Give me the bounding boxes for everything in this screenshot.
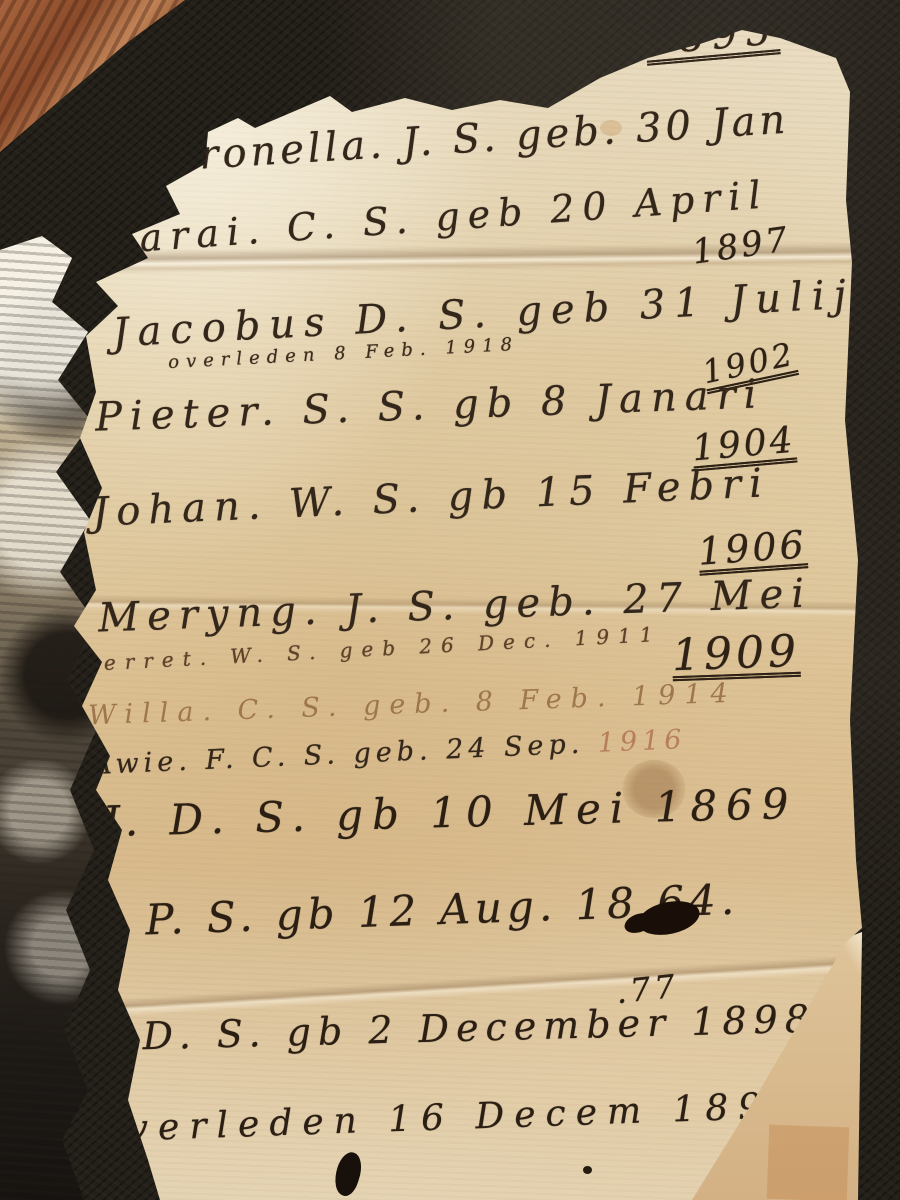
tape-patch [767,1125,850,1200]
year-heading: 1895 [643,8,780,63]
year-heading-text: 1895 [643,7,780,64]
wood-table-corner [0,0,210,165]
ink-speck [583,1166,592,1174]
entry-text: Awie. F. C. S. geb. 24 Sep. [92,729,585,781]
entry-year-faded: 1916 [597,724,687,759]
entry-year: 1909 [671,626,801,681]
register-entry: J. D. S. gb 10 Mei 1869 [102,781,799,845]
ink-blotch [330,1149,366,1198]
register-entry: Johan. W. S. gb 15 Febri [91,461,770,535]
photo-of-register-page: 1895 Petronella. J. S. geb. 30 Jan Marai… [0,0,900,1200]
entry-year-text: 1906 [697,522,809,573]
register-entry: Overleden 16 Decem 1899. [88,1085,827,1150]
entry-year: 1906 [697,522,809,573]
register-page: 1895 Petronella. J. S. geb. 30 Jan Marai… [0,0,900,1200]
entry-year-text: 1909 [671,626,801,681]
register-entry: Pieter. S. S. gb 8 Janari [94,372,765,439]
register-entry: Awie. F. C. S. geb. 24 Sep. 1916 [92,725,687,781]
register-entry: J. P. S. gb 12 Aug. 18.64. [89,877,739,946]
register-entry: Petronella. J. S. geb. 30 Jan [121,98,790,183]
register-entry-faded: Willa. C. S. geb. 8 Feb. 1914 [88,679,738,731]
